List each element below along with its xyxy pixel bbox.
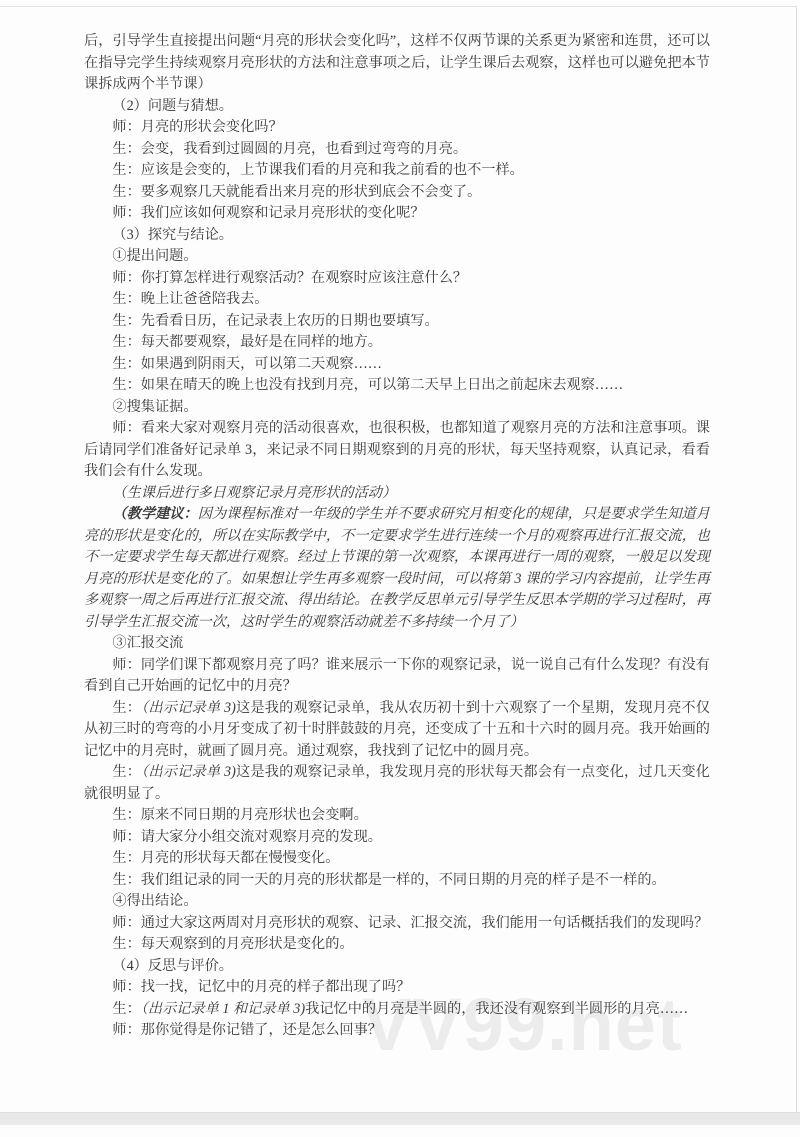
text-run: ①提出问题。	[112, 248, 197, 264]
text-run: 生：如果遇到阴雨天，可以第二天观察……	[112, 356, 382, 372]
paragraph: （2）问题与猜想。	[84, 96, 710, 118]
paragraph: ③汇报交流	[84, 633, 710, 655]
paragraph: 生：如果遇到阴雨天，可以第二天观察……	[84, 354, 710, 376]
paragraph: ①提出问题。	[84, 246, 710, 268]
paragraph: 生：会变，我看到过圆圆的月亮，也看到过弯弯的月亮。	[84, 139, 710, 161]
paragraph: 师：你打算怎样进行观察活动？在观察时应该注意什么？	[84, 268, 710, 290]
paragraph: 生：每天观察到的月亮形状是变化的。	[84, 934, 710, 956]
text-run: 师：找一找，记忆中的月亮的样子都出现了吗？	[112, 979, 410, 995]
paragraph: 生：原来不同日期的月亮形状也会变啊。	[84, 805, 710, 827]
paragraph: ②搜集证据。	[84, 397, 710, 419]
paragraph: 生：如果在晴天的晚上也没有找到月亮，可以第二天早上日出之前起床去观察……	[84, 375, 710, 397]
page-top-border	[0, 6, 797, 7]
text-run: 生：	[112, 700, 141, 716]
text-run: 生：	[112, 764, 141, 780]
text-run: （教学建议：	[112, 506, 197, 522]
paragraph: 师：我们应该如何观察和记录月亮形状的变化呢？	[84, 203, 710, 225]
text-run: 师：同学们课下都观察月亮了吗？谁来展示一下你的观察记录，说一说自己有什么发现？有…	[84, 657, 710, 695]
paragraph: 生：（出示记录单 3)这是我的观察记录单，我从农历初十到十六观察了一个星期，发现…	[84, 698, 710, 763]
text-run: （3）探究与结论。	[112, 227, 233, 243]
text-run: 生：每天都要观察，最好是在同样的地方。	[112, 334, 382, 350]
text-run: 生：应该是会变的，上节课我们看的月亮和我之前看的也不一样。	[112, 162, 523, 178]
text-run: 生：先看看日历，在记录表上农历的日期也要填写。	[112, 313, 438, 329]
paragraph: 师：请大家分小组交流对观察月亮的发现。	[84, 827, 710, 849]
text-run: 师：那你觉得是你记错了，还是怎么回事？	[112, 1022, 382, 1038]
paragraph: （3）探究与结论。	[84, 225, 710, 247]
paragraph: （生课后进行多日观察记录月亮形状的活动）	[84, 483, 710, 505]
page-right-border	[796, 6, 797, 1112]
text-run: （出示记录单 1 和记录单 3)	[141, 1001, 305, 1017]
scanned-document-viewport: { "page": { "watermark": "VV99.net", "co…	[0, 0, 800, 1137]
paragraph: 生：月亮的形状每天都在慢慢变化。	[84, 848, 710, 870]
paragraph: 生：（出示记录单 3)这是我的观察记录单，我发现月亮的形状每天都会有一点变化，过…	[84, 762, 710, 805]
paragraph: 生：每天都要观察，最好是在同样的地方。	[84, 332, 710, 354]
text-run: （4）反思与评价。	[112, 958, 233, 974]
paragraph: （教学建议：因为课程标准对一年级的学生并不要求研究月相变化的规律，只是要求学生知…	[84, 504, 710, 633]
paragraph: 生：我们组记录的同一天的月亮的形状都是一样的，不同日期的月亮的样子是不一样的。	[84, 870, 710, 892]
text-run: （出示记录单 3)	[141, 764, 236, 780]
text-run: （出示记录单 3)	[141, 700, 236, 716]
paragraph: 生：应该是会变的，上节课我们看的月亮和我之前看的也不一样。	[84, 160, 710, 182]
paragraph: 生：晚上让爸爸陪我去。	[84, 289, 710, 311]
text-run: （2）问题与猜想。	[112, 98, 233, 114]
text-run: 我记忆中的月亮是半圆的，我还没有观察到半圆形的月亮……	[305, 1001, 688, 1017]
text-run: 师：请大家分小组交流对观察月亮的发现。	[112, 829, 382, 845]
text-run: 生：晚上让爸爸陪我去。	[112, 291, 268, 307]
text-run: （生课后进行多日观察记录月亮形状的活动）	[112, 485, 396, 501]
text-run: 生：	[112, 1001, 140, 1017]
paragraph: ④得出结论。	[84, 891, 710, 913]
text-run: 因为课程标准对一年级的学生并不要求研究月相变化的规律，只是要求学生知道月亮的形状…	[84, 506, 710, 630]
text-run: 生：我们组记录的同一天的月亮的形状都是一样的，不同日期的月亮的样子是不一样的。	[112, 872, 665, 888]
text-run: 师：月亮的形状会变化吗？	[112, 119, 282, 135]
text-run: 生：会变，我看到过圆圆的月亮，也看到过弯弯的月亮。	[112, 141, 467, 157]
paragraph: 生：（出示记录单 1 和记录单 3)我记忆中的月亮是半圆的，我还没有观察到半圆形…	[84, 999, 710, 1021]
text-run: 生：要多观察几天就能看出来月亮的形状到底会不会变了。	[112, 184, 481, 200]
paragraph: 后，引导学生直接提出问题“月亮的形状会变化吗”，这样不仅两节课的关系更为紧密和连…	[84, 31, 710, 96]
text-run: ③汇报交流	[112, 635, 183, 651]
text-run: 生：月亮的形状每天都在慢慢变化。	[112, 850, 339, 866]
text-run: 生：每天观察到的月亮形状是变化的。	[112, 936, 353, 952]
text-run: 生：如果在晴天的晚上也没有找到月亮，可以第二天早上日出之前起床去观察……	[112, 377, 623, 393]
text-content: 后，引导学生直接提出问题“月亮的形状会变化吗”，这样不仅两节课的关系更为紧密和连…	[84, 31, 710, 1042]
text-run: 后，引导学生直接提出问题“月亮的形状会变化吗”，这样不仅两节课的关系更为紧密和连…	[84, 33, 710, 92]
paragraph: 师：同学们课下都观察月亮了吗？谁来展示一下你的观察记录，说一说自己有什么发现？有…	[84, 655, 710, 698]
text-run: 师：你打算怎样进行观察活动？在观察时应该注意什么？	[112, 270, 467, 286]
paragraph: 生：要多观察几天就能看出来月亮的形状到底会不会变了。	[84, 182, 710, 204]
page-bottom-band	[0, 1112, 800, 1125]
paragraph: （4）反思与评价。	[84, 956, 710, 978]
text-run: 师：通过大家这两周对月亮形状的观察、记录、汇报交流，我们能用一句话概括我们的发现…	[112, 915, 708, 931]
text-run: ④得出结论。	[112, 893, 197, 909]
paragraph: 师：通过大家这两周对月亮形状的观察、记录、汇报交流，我们能用一句话概括我们的发现…	[84, 913, 710, 935]
paragraph: 师：看来大家对观察月亮的活动很喜欢，也很积极，也都知道了观察月亮的方法和注意事项…	[84, 418, 710, 483]
text-run: 师：我们应该如何观察和记录月亮形状的变化呢？	[112, 205, 424, 221]
paragraph: 师：月亮的形状会变化吗？	[84, 117, 710, 139]
paragraph: 师：那你觉得是你记错了，还是怎么回事？	[84, 1020, 710, 1042]
text-run: 生：原来不同日期的月亮形状也会变啊。	[112, 807, 367, 823]
text-run: ②搜集证据。	[112, 399, 197, 415]
paragraph: 师：找一找，记忆中的月亮的样子都出现了吗？	[84, 977, 710, 999]
paragraph: 生：先看看日历，在记录表上农历的日期也要填写。	[84, 311, 710, 333]
text-run: 师：看来大家对观察月亮的活动很喜欢，也很积极，也都知道了观察月亮的方法和注意事项…	[84, 420, 710, 479]
